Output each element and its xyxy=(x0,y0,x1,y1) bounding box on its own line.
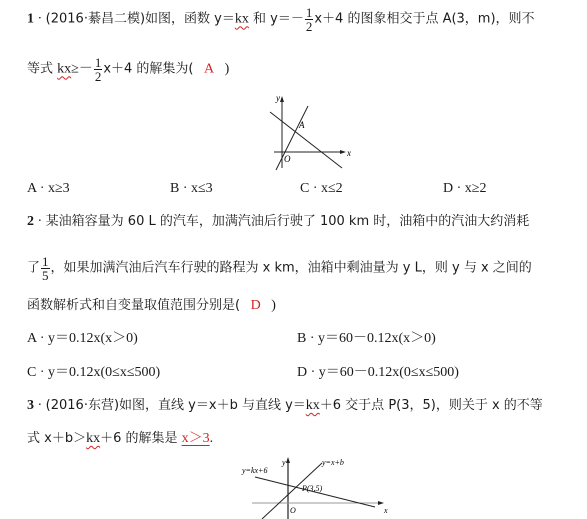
q2-line-2: 了15，如果加满汽油后汽车行驶的路程为 x km，油箱中剩油量为 y L，则 y… xyxy=(27,255,532,282)
q1-text-c: x＋4 的图象相交于点 A(3，m)，则不 xyxy=(314,12,534,27)
q3-line2-b: ＋6 的解集是 xyxy=(100,431,182,446)
q3-source: (2016·东营) xyxy=(46,398,119,413)
q2-line2-b: ，如果加满汽油后汽车行驶的路程为 x km，油箱中剩油量为 y L，则 y 与 … xyxy=(51,261,532,276)
q3-line2-label: y=x+b xyxy=(321,458,344,467)
q2-answer: D xyxy=(251,298,261,313)
q1-sep: · xyxy=(38,12,43,27)
q1-origin-label: O xyxy=(284,154,291,164)
q3-sep: · xyxy=(38,398,43,413)
q3-line1-b: ＋6 交于点 P(3，5)，则关于 x 的不等 xyxy=(320,398,543,413)
q3-y-label: y xyxy=(281,458,286,467)
q3-x-label: x xyxy=(383,506,388,515)
q2-option-b[interactable]: B · y＝60－0.12x(x＞0) xyxy=(297,330,436,348)
q1-line2-b: ≥－ xyxy=(71,62,93,77)
q3-end: . xyxy=(210,431,214,446)
q1-number: 1 xyxy=(27,12,34,27)
q1-y-label: y xyxy=(275,93,280,103)
q1-line2-c: x＋4 的解集为( xyxy=(103,62,193,77)
q3-line1-label: y=kx+6 xyxy=(241,466,267,475)
q1-point-label: A xyxy=(298,120,305,130)
q1-close: ) xyxy=(225,62,230,77)
q2-option-a[interactable]: A · y＝0.12x(x＞0) xyxy=(27,330,138,348)
q2-fraction: 15 xyxy=(41,255,50,282)
q2-number: 2 xyxy=(27,214,34,229)
q3-line-1: 3 · (2016·东营)如图，直线 y＝x＋b 与直线 y＝kx＋6 交于点 … xyxy=(27,397,543,415)
q1-figure: y x O A xyxy=(262,92,357,172)
q2-line-1: 2 · 某油箱容量为 60 L 的汽车，加满汽油后行驶了 100 km 时，油箱… xyxy=(27,213,529,231)
q3-line1-a: 如图，直线 y＝x＋b 与直线 y＝ xyxy=(119,398,306,413)
q2-line-3: 函数解析式和自变量取值范围分别是( D ) xyxy=(27,297,276,315)
q3-line-2: 式 x＋b＞kx＋6 的解集是 x＞3. xyxy=(27,430,213,448)
q1-line2-a: 等式 xyxy=(27,62,57,77)
q3-number: 3 xyxy=(27,398,34,413)
q2-close: ) xyxy=(271,298,276,313)
q3-line2-kx: kx xyxy=(86,431,100,446)
q1-option-d[interactable]: D · x≥2 xyxy=(443,180,486,198)
q3-origin-label: O xyxy=(290,506,296,515)
q1-text-b: 和 y＝－ xyxy=(249,12,304,27)
q1-line2-kx: kx xyxy=(57,62,71,77)
q1-source: (2016·綦昌二模) xyxy=(46,12,145,27)
q1-line-2: 等式 kx≥－12x＋4 的解集为( A ) xyxy=(27,56,229,83)
q1-fraction: 12 xyxy=(305,6,314,33)
q1-text-a: 如图，函数 y＝ xyxy=(145,12,235,27)
q3-line2-a: 式 x＋b＞ xyxy=(27,431,86,446)
q3-answer: x＞3 xyxy=(182,431,210,446)
q1-line2-fraction: 12 xyxy=(94,56,103,83)
q2-line3: 函数解析式和自变量取值范围分别是( xyxy=(27,298,240,313)
q3-point-label: P(3,5) xyxy=(301,484,323,493)
q1-kx: kx xyxy=(235,12,249,27)
q1-line-1: 1 · (2016·綦昌二模)如图，函数 y＝kx 和 y＝－12x＋4 的图象… xyxy=(27,6,535,33)
q1-option-a[interactable]: A · x≥3 xyxy=(27,180,70,198)
q2-option-c[interactable]: C · y＝0.12x(0≤x≤500) xyxy=(27,364,160,382)
q2-option-d[interactable]: D · y＝60－0.12x(0≤x≤500) xyxy=(297,364,459,382)
q2-sep: · xyxy=(38,214,43,229)
q3-figure: y=kx+6 y=x+b P(3,5) O y x xyxy=(240,455,390,519)
q2-line1: 某油箱容量为 60 L 的汽车，加满汽油后行驶了 100 km 时，油箱中的汽油… xyxy=(46,214,530,229)
q1-option-b[interactable]: B · x≤3 xyxy=(170,180,213,198)
q1-x-label: x xyxy=(346,148,351,158)
q1-option-c[interactable]: C · x≤2 xyxy=(300,180,343,198)
q2-line2-a: 了 xyxy=(27,261,40,276)
q3-kx: kx xyxy=(306,398,320,413)
q1-answer: A xyxy=(204,62,214,77)
